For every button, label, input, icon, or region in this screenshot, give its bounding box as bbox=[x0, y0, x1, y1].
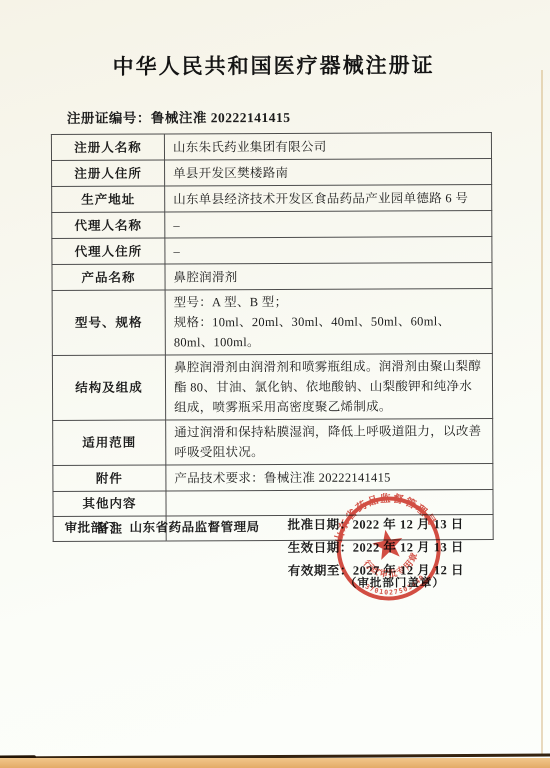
certificate-number-line: 注册证编号：鲁械注准 20222141415 bbox=[67, 106, 291, 127]
row-value: 鼻腔润滑剂 bbox=[165, 263, 492, 290]
row-label: 其他内容 bbox=[53, 491, 166, 516]
table-row: 代理人住所 – bbox=[52, 237, 492, 265]
table-row: 产品名称 鼻腔润滑剂 bbox=[52, 263, 492, 291]
row-label: 型号、规格 bbox=[52, 290, 165, 355]
row-label: 代理人名称 bbox=[52, 212, 165, 238]
effective-date-line: 生效日期：2022 年 12 月 13 日 bbox=[288, 536, 464, 560]
approval-date-line: 批准日期：2022 年 12 月 13 日 bbox=[288, 513, 464, 537]
row-value: 型号：A 型、B 型； 规格：10ml、20ml、30ml、40ml、50ml、… bbox=[165, 289, 492, 355]
row-label: 注册人住所 bbox=[52, 160, 165, 186]
certificate-title: 中华人民共和国医疗器械注册证 bbox=[0, 49, 549, 81]
seal-note: （审批部门盖章） bbox=[345, 574, 445, 590]
expiry-date-label: 有效期至： bbox=[288, 564, 353, 578]
row-label: 代理人住所 bbox=[52, 238, 165, 264]
row-label: 附件 bbox=[53, 465, 166, 491]
row-value: 单县开发区樊楼路南 bbox=[165, 159, 492, 186]
date-block: 批准日期：2022 年 12 月 13 日 生效日期：2022 年 12 月 1… bbox=[288, 513, 464, 583]
row-label: 结构及组成 bbox=[52, 355, 165, 420]
approval-department-label: 审批部门： bbox=[65, 521, 130, 535]
table-row: 适用范围 通过润滑和保持粘膜湿润，降低上呼吸道阻力，以改善呼吸受阻状况。 bbox=[53, 419, 493, 466]
row-label: 注册人名称 bbox=[51, 134, 164, 160]
scanned-paper: 中华人民共和国医疗器械注册证 注册证编号：鲁械注准 20222141415 注册… bbox=[0, 0, 550, 768]
table-row: 型号、规格 型号：A 型、B 型； 规格：10ml、20ml、30ml、40ml… bbox=[52, 289, 492, 356]
effective-date-label: 生效日期： bbox=[288, 541, 353, 555]
table-row: 生产地址 山东单县经济技术开发区食品药品产业园单德路 6 号 bbox=[52, 185, 492, 213]
certificate-page: 中华人民共和国医疗器械注册证 注册证编号：鲁械注准 20222141415 注册… bbox=[0, 0, 550, 768]
table-row: 代理人名称 – bbox=[52, 211, 492, 239]
approval-department-line: 审批部门：山东省药品监督管理局 bbox=[65, 517, 260, 536]
approval-date-label: 批准日期： bbox=[288, 518, 353, 532]
certificate-table: 注册人名称 山东朱氏药业集团有限公司 注册人住所 单县开发区樊楼路南 生产地址 … bbox=[51, 132, 494, 542]
row-value: 鼻腔润滑剂由润滑剂和喷雾瓶组成。润滑剂由聚山梨醇酯 80、甘油、氯化钠、依地酸钠… bbox=[165, 354, 492, 420]
row-value: – bbox=[165, 211, 492, 238]
table-row: 附件 产品技术要求：鲁械注准 20222141415 bbox=[53, 464, 493, 492]
certificate-number-label: 注册证编号： bbox=[67, 111, 151, 126]
approval-date-value: 2022 年 12 月 13 日 bbox=[353, 517, 464, 531]
row-value: 山东朱氏药业集团有限公司 bbox=[164, 133, 491, 160]
table-row: 注册人住所 单县开发区樊楼路南 bbox=[52, 159, 492, 187]
row-value: 产品技术要求：鲁械注准 20222141415 bbox=[166, 464, 493, 491]
table-row: 注册人名称 山东朱氏药业集团有限公司 bbox=[51, 133, 491, 161]
row-value: 山东单县经济技术开发区食品药品产业园单德路 6 号 bbox=[165, 185, 492, 212]
row-value bbox=[166, 490, 493, 516]
row-label: 生产地址 bbox=[52, 186, 165, 212]
row-value: 通过润滑和保持粘膜湿润，降低上呼吸道阻力，以改善呼吸受阻状况。 bbox=[166, 419, 493, 465]
certificate-table-body: 注册人名称 山东朱氏药业集团有限公司 注册人住所 单县开发区樊楼路南 生产地址 … bbox=[51, 133, 493, 542]
row-value: – bbox=[165, 237, 492, 264]
row-label: 产品名称 bbox=[52, 264, 165, 290]
approval-department-value: 山东省药品监督管理局 bbox=[130, 520, 260, 535]
effective-date-value: 2022 年 12 月 13 日 bbox=[353, 540, 464, 554]
table-row: 结构及组成 鼻腔润滑剂由润滑剂和喷雾瓶组成。润滑剂由聚山梨醇酯 80、甘油、氯化… bbox=[52, 354, 492, 421]
row-label: 适用范围 bbox=[53, 420, 166, 465]
certificate-number-value: 鲁械注准 20222141415 bbox=[151, 110, 291, 126]
